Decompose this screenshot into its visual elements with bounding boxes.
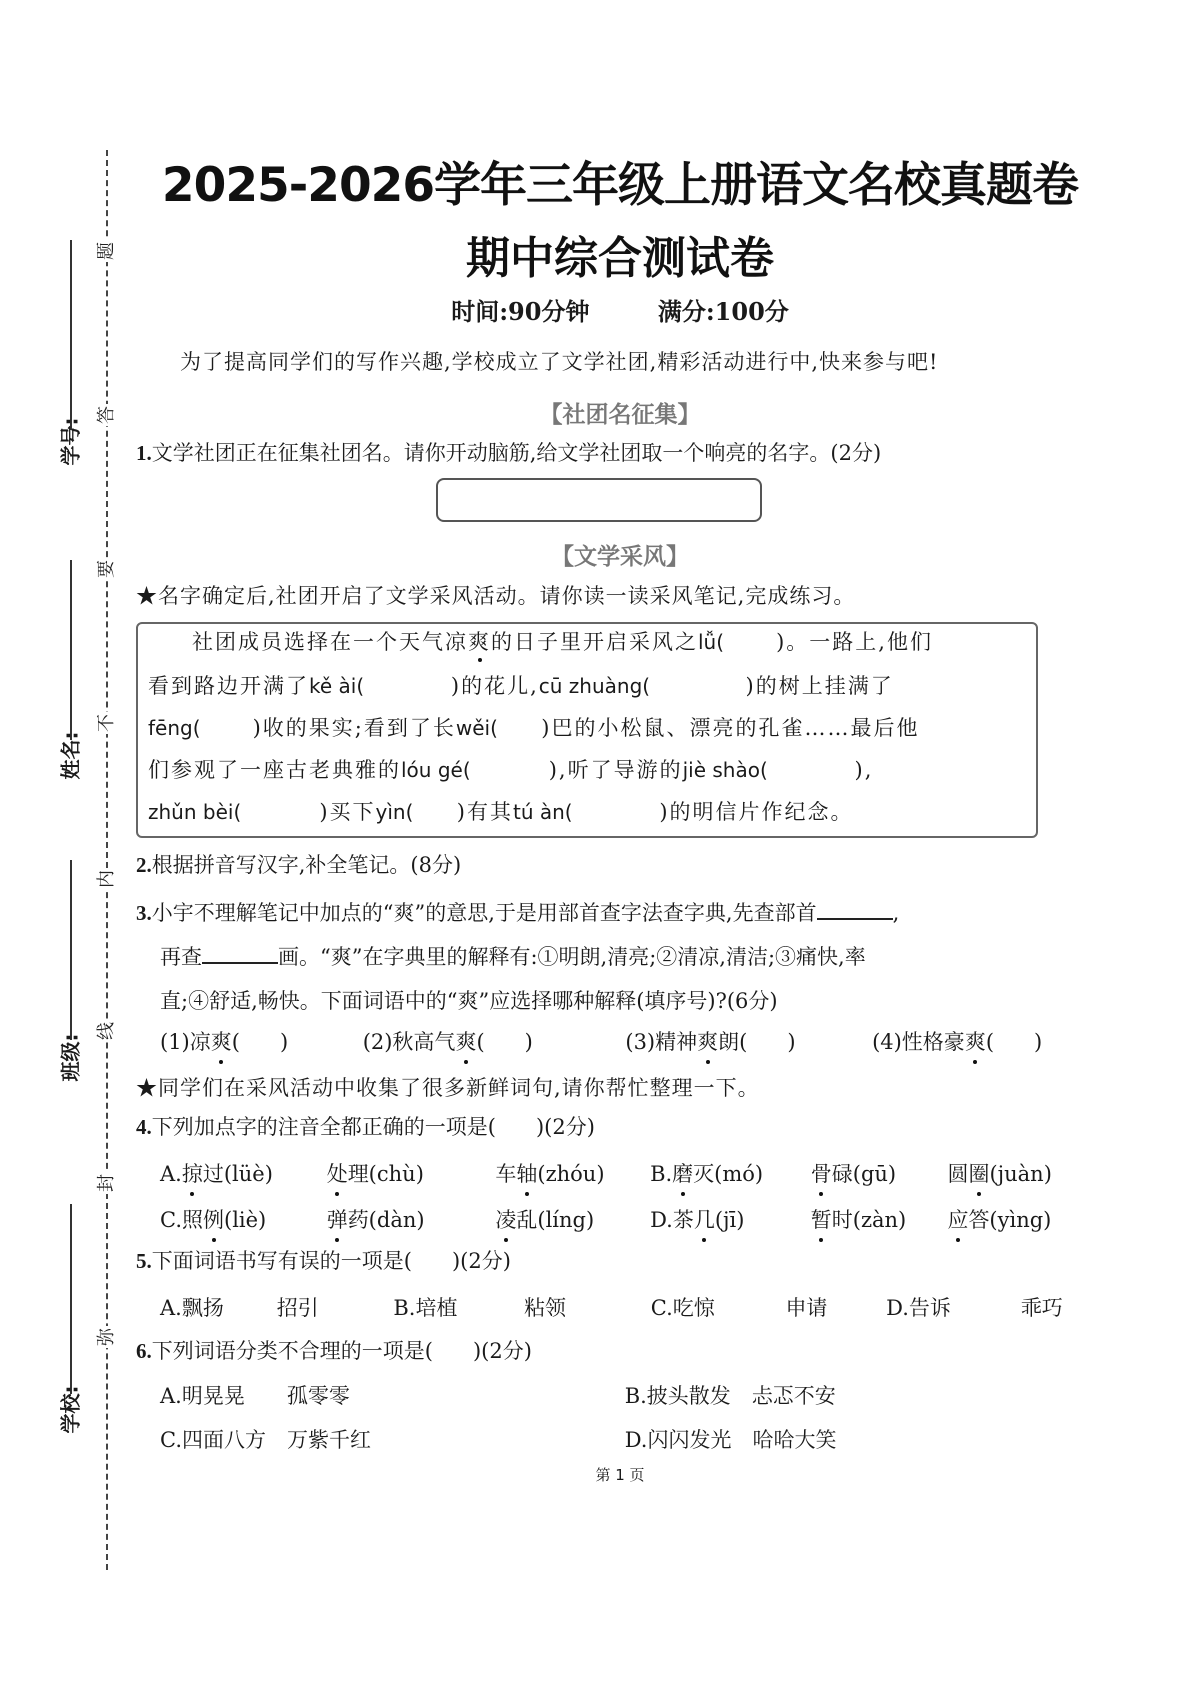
seal-char: 线 bbox=[96, 1020, 118, 1042]
pinyin: lóu gé( bbox=[401, 758, 471, 782]
pinyin: lǚ( bbox=[698, 630, 724, 654]
answer-blank[interactable]: )巴的小松鼠、漂亮的孔雀……最后他 bbox=[498, 716, 920, 740]
student-id-label: 学号: bbox=[55, 436, 84, 466]
q4-word: 暂时(zàn) bbox=[811, 1204, 941, 1234]
q6-option-d[interactable]: D.闪闪发光 哈哈大笑 bbox=[625, 1424, 837, 1454]
seal-char: 内 bbox=[96, 868, 118, 890]
question-text: 再查 bbox=[160, 945, 202, 969]
seal-dashed-line bbox=[106, 150, 108, 1570]
student-id-line[interactable] bbox=[70, 240, 72, 430]
seal-char: 题 bbox=[96, 240, 118, 262]
q6-options-row-1: A.明晃晃 孤零零 B.披头散发 忐忑不安 bbox=[160, 1380, 836, 1410]
q5-word: 申请 bbox=[785, 1292, 879, 1322]
pinyin: jiè shào( bbox=[683, 758, 768, 782]
intro-text: 为了提高同学们的写作兴趣,学校成立了文学社团,精彩活动进行中,快来参与吧! bbox=[180, 346, 938, 376]
question-number: 1. bbox=[136, 441, 152, 465]
notes-text: 的日子里开启采风之 bbox=[491, 630, 698, 654]
exam-full-score: 满分:100分 bbox=[658, 297, 789, 326]
q5-word: 乖巧 bbox=[1021, 1292, 1063, 1322]
exam-subtitle: 期中综合测试卷 bbox=[140, 222, 1100, 286]
exam-meta: 时间:90分钟 满分:100分 bbox=[140, 292, 1100, 327]
question-text: 下列加点字的注音全都正确的一项是( )(2分) bbox=[152, 1115, 595, 1139]
question-3-line-2: 再查画。“爽”在字典里的解释有:①明朗,清亮;②清凉,清洁;③痛快,率 bbox=[160, 942, 866, 972]
question-text: 下列词语分类不合理的一项是( )(2分) bbox=[152, 1339, 532, 1363]
pinyin: zhǔn bèi( bbox=[148, 800, 241, 824]
notes-line-2: 看到路边开满了kě ài( )的花儿,cū zhuàng( )的树上挂满了 bbox=[148, 670, 894, 700]
q3-item-4[interactable]: (4)性格豪爽( ) bbox=[872, 1026, 1042, 1056]
question-3: 3.小宇不理解笔记中加点的“爽”的意思,于是用部首查字法查字典,先查部首, bbox=[136, 898, 899, 928]
answer-blank[interactable]: ),听了导游的 bbox=[471, 758, 683, 782]
instruction-star-2: ★同学们在采风活动中收集了很多新鲜词句,请你帮忙整理一下。 bbox=[136, 1072, 760, 1102]
q3-item-2[interactable]: (2)秋高气爽( ) bbox=[363, 1026, 619, 1056]
question-number: 4. bbox=[136, 1115, 152, 1139]
q4-word: 弹药(dàn) bbox=[327, 1204, 489, 1234]
q4-options-row-2: C.照例(liè) 弹药(dàn) 凌乱(líng) D.茶几(jī) 暂时(z… bbox=[160, 1204, 1051, 1234]
section-literary-trip: 【文学采风】 bbox=[140, 538, 1100, 571]
class-label: 班级: bbox=[55, 1052, 84, 1082]
class-line[interactable] bbox=[70, 860, 72, 1040]
school-line[interactable] bbox=[70, 1204, 72, 1394]
q4-word: 圆圈(juàn) bbox=[947, 1158, 1051, 1188]
exam-time: 时间:90分钟 bbox=[451, 297, 589, 326]
page-number: 第 1 页 bbox=[140, 1464, 1100, 1485]
answer-blank[interactable]: )的树上挂满了 bbox=[650, 674, 894, 698]
q5-option-c[interactable]: C.吃惊 bbox=[651, 1292, 779, 1322]
question-number: 6. bbox=[136, 1339, 152, 1363]
q4-word: 应答(yìng) bbox=[947, 1204, 1051, 1234]
seal-char: 封 bbox=[96, 1172, 118, 1194]
question-2: 2.根据拼音写汉字,补全笔记。(8分) bbox=[136, 850, 461, 880]
q5-options: A.飘扬 招引 B.培植 粘领 C.吃惊 申请 D.告诉 乖巧 bbox=[160, 1292, 1063, 1322]
notes-line-5: zhǔn bèi( )买下yìn( )有其tú àn( )的明信片作纪念。 bbox=[148, 796, 854, 826]
q6-option-a[interactable]: A.明晃晃 孤零零 bbox=[160, 1380, 618, 1410]
question-text: 下面词语书写有误的一项是( )(2分) bbox=[152, 1249, 511, 1273]
notes-text: 社团成员选择在一个天气凉 bbox=[192, 630, 468, 654]
seal-char: 答 bbox=[96, 404, 118, 426]
seal-char: 要 bbox=[96, 558, 118, 580]
stroke-count-blank[interactable] bbox=[202, 942, 278, 964]
question-number: 3. bbox=[136, 901, 152, 925]
question-5: 5.下面词语书写有误的一项是( )(2分) bbox=[136, 1246, 511, 1276]
pinyin: cū zhuàng( bbox=[539, 674, 650, 698]
q3-item-3[interactable]: (3)精神爽朗( ) bbox=[625, 1026, 865, 1056]
seal-char: 弥 bbox=[96, 1326, 118, 1348]
q5-option-a[interactable]: A.飘扬 bbox=[160, 1292, 270, 1322]
instruction-star-1: ★名字确定后,社团开启了文学采风活动。请你读一读采风笔记,完成练习。 bbox=[136, 580, 855, 610]
q4-word: C.照例(liè) bbox=[160, 1204, 320, 1234]
notes-line-1: 社团成员选择在一个天气凉爽的日子里开启采风之lǚ( )。一路上,他们 bbox=[192, 626, 933, 656]
pinyin: kě ài( bbox=[309, 674, 364, 698]
pinyin: yìn( bbox=[376, 800, 414, 824]
binding-margin: 题 答 要 不 内 线 封 弥 学号: 姓名: 班级: 学校: bbox=[0, 0, 130, 1684]
notes-line-3: fēng( )收的果实;看到了长wěi( )巴的小松鼠、漂亮的孔雀……最后他 bbox=[148, 712, 919, 742]
notes-text: 看到路边开满了 bbox=[148, 674, 309, 698]
q4-word: B.磨灭(mó) bbox=[650, 1158, 804, 1188]
school-label: 学校: bbox=[55, 1404, 84, 1434]
dotted-char: 爽 bbox=[468, 630, 491, 654]
question-6: 6.下列词语分类不合理的一项是( )(2分) bbox=[136, 1336, 532, 1366]
exam-title: 2025-2026学年三年级上册语文名校真题卷 bbox=[140, 148, 1100, 215]
answer-blank[interactable]: )的花儿, bbox=[364, 674, 539, 698]
question-text: 文学社团正在征集社团名。请你开动脑筋,给文学社团取一个响亮的名字。(2分) bbox=[152, 441, 881, 465]
notes-line-4: 们参观了一座古老典雅的lóu gé( ),听了导游的jiè shào( ), bbox=[148, 754, 873, 784]
q4-word: D.茶几(jī) bbox=[650, 1204, 804, 1234]
answer-blank[interactable]: )买下 bbox=[241, 800, 375, 824]
q3-item-1[interactable]: (1)凉爽( ) bbox=[160, 1026, 356, 1056]
q5-option-d[interactable]: D.告诉 bbox=[886, 1292, 1014, 1322]
q4-word: 处理(chù) bbox=[327, 1158, 489, 1188]
question-4: 4.下列加点字的注音全都正确的一项是( )(2分) bbox=[136, 1112, 595, 1142]
q6-options-row-2: C.四面八方 万紫千红 D.闪闪发光 哈哈大笑 bbox=[160, 1424, 836, 1454]
question-number: 5. bbox=[136, 1249, 152, 1273]
notes-text: 们参观了一座古老典雅的 bbox=[148, 758, 401, 782]
section-club-name: 【社团名征集】 bbox=[140, 396, 1100, 429]
question-text: 小宇不理解笔记中加点的“爽”的意思,于是用部首查字法查字典,先查部首 bbox=[152, 901, 817, 925]
seal-char: 不 bbox=[96, 712, 118, 734]
question-number: 2. bbox=[136, 853, 152, 877]
club-name-answer-box[interactable] bbox=[436, 478, 762, 522]
q5-word: 招引 bbox=[277, 1292, 387, 1322]
radical-blank[interactable] bbox=[817, 898, 893, 920]
q4-word: A.掠过(lüè) bbox=[160, 1158, 320, 1188]
question-1: 1.文学社团正在征集社团名。请你开动脑筋,给文学社团取一个响亮的名字。(2分) bbox=[136, 438, 881, 468]
pinyin: tú àn( bbox=[513, 800, 573, 824]
pinyin: fēng( bbox=[148, 716, 201, 740]
answer-blank[interactable]: )有其 bbox=[413, 800, 513, 824]
q4-word: 凌乱(líng) bbox=[495, 1204, 643, 1234]
answer-blank[interactable]: )。一路上,他们 bbox=[724, 630, 933, 654]
question-3-line-3: 直;④舒适,畅快。下面词语中的“爽”应选择哪种解释(填序号)?(6分) bbox=[160, 986, 778, 1016]
answer-blank[interactable]: ), bbox=[768, 758, 874, 782]
field-notes-box: 社团成员选择在一个天气凉爽的日子里开启采风之lǚ( )。一路上,他们 看到路边开… bbox=[136, 622, 1038, 838]
question-text: 画。“爽”在字典里的解释有:①明朗,清亮;②清凉,清洁;③痛快,率 bbox=[278, 945, 866, 969]
pinyin: wěi( bbox=[456, 716, 498, 740]
q5-option-b[interactable]: B.培植 bbox=[393, 1292, 517, 1322]
answer-blank[interactable]: )收的果实;看到了长 bbox=[201, 716, 456, 740]
q6-option-c[interactable]: C.四面八方 万紫千红 bbox=[160, 1424, 618, 1454]
question-3-items: (1)凉爽( ) (2)秋高气爽( ) (3)精神爽朗( ) (4)性格豪爽( … bbox=[160, 1026, 1042, 1056]
punct: , bbox=[893, 901, 900, 925]
q4-word: 骨碌(gū) bbox=[811, 1158, 941, 1188]
name-line[interactable] bbox=[70, 560, 72, 740]
exam-page: 题 答 要 不 内 线 封 弥 学号: 姓名: 班级: 学校: 2025-202… bbox=[0, 0, 1191, 1684]
q4-options-row-1: A.掠过(lüè) 处理(chù) 车轴(zhóu) B.磨灭(mó) 骨碌(g… bbox=[160, 1158, 1052, 1188]
answer-blank[interactable]: )的明信片作纪念。 bbox=[573, 800, 854, 824]
question-text: 根据拼音写汉字,补全笔记。(8分) bbox=[152, 853, 461, 877]
q5-word: 粘领 bbox=[524, 1292, 644, 1322]
name-label: 姓名: bbox=[55, 750, 84, 780]
q4-word: 车轴(zhóu) bbox=[495, 1158, 643, 1188]
q6-option-b[interactable]: B.披头散发 忐忑不安 bbox=[625, 1380, 836, 1410]
